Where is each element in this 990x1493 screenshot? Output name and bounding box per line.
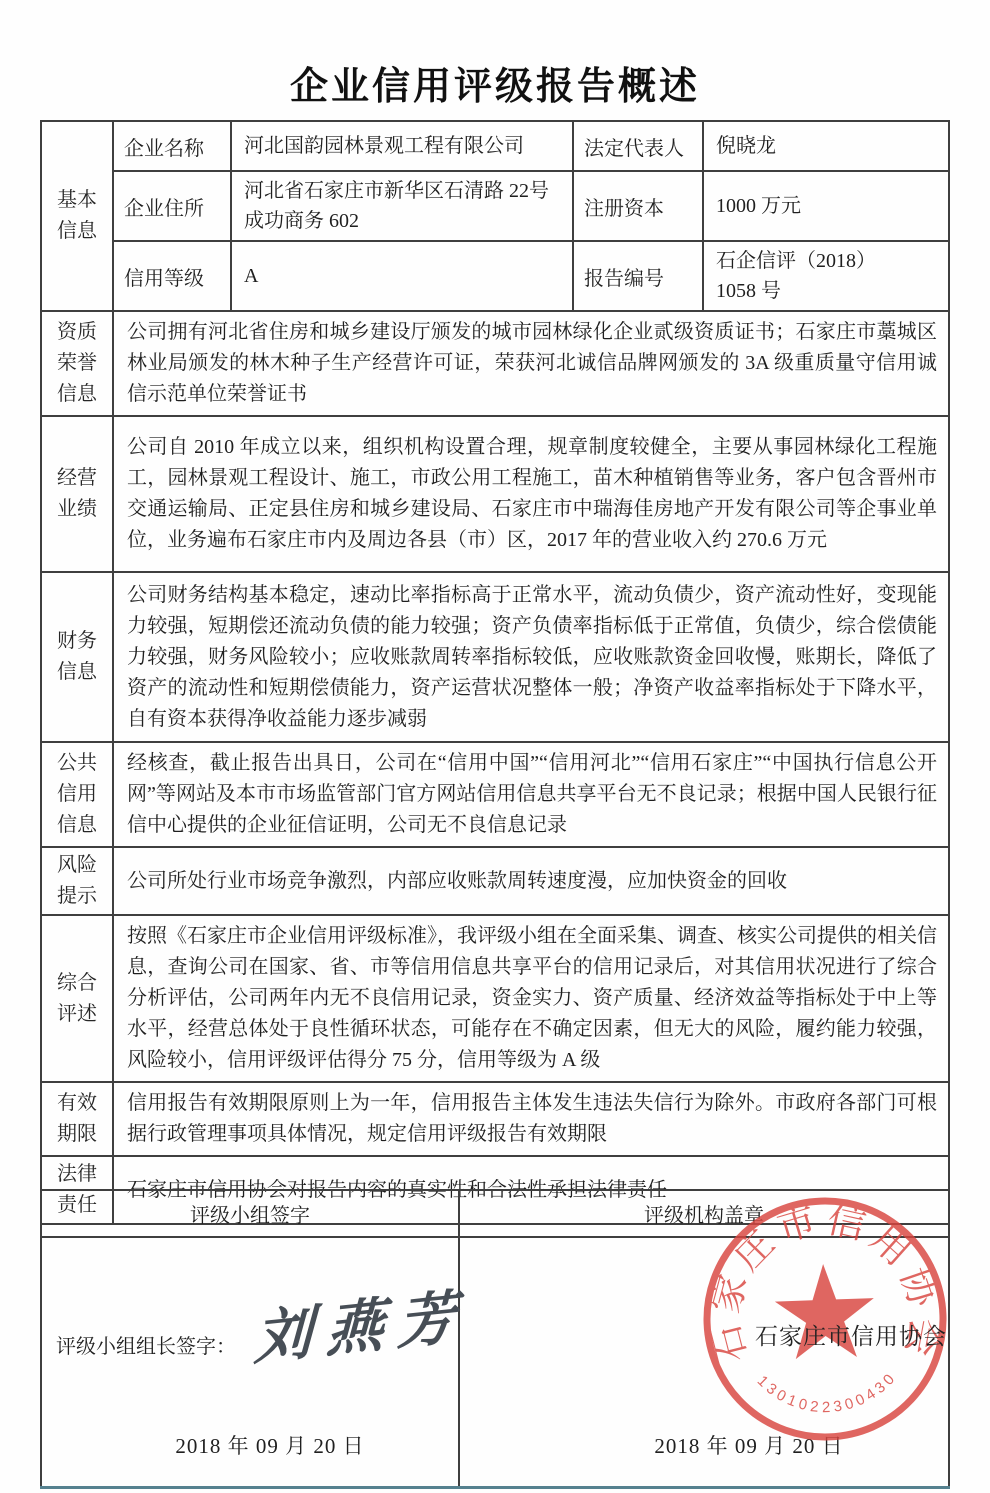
section-label-financial-info: 财务信息: [41, 572, 113, 742]
table-row: 基本信息 企业名称 河北国韵园林景观工程有限公司 法定代表人 倪晓龙: [41, 121, 949, 171]
section-text-public-credit-info: 经核查，截止报告出具日，公司在“信用中国”“信用河北”“信用石家庄”“中国执行信…: [113, 742, 949, 847]
page-title: 企业信用评级报告概述: [0, 55, 990, 110]
stamp-organization-name: 石家庄市信用协会: [755, 1318, 947, 1351]
field-company-name: 企业名称: [113, 121, 231, 171]
section-text-business-performance: 公司自 2010 年成立以来，组织机构设置合理，规章制度较健全，主要从事园林绿化…: [113, 416, 949, 572]
handwritten-signature: 刘燕芳: [253, 1268, 471, 1375]
table-row: 信用等级 A 报告编号 石企信评（2018）1058 号: [41, 241, 949, 311]
field-credit-rating: 信用等级: [113, 241, 231, 311]
table-row: 企业住所 河北省石家庄市新华区石清路 22号成功商务 602 注册资本 1000…: [41, 171, 949, 241]
report-table: 基本信息 企业名称 河北国韵园林景观工程有限公司 法定代表人 倪晓龙 企业住所 …: [40, 120, 950, 1225]
table-row: 评级小组组长签字： 刘燕芳 2018 年 09 月 20 日 石家庄市信用协会 …: [41, 1237, 949, 1487]
team-leader-signature-cell: 评级小组组长签字： 刘燕芳 2018 年 09 月 20 日: [41, 1237, 459, 1487]
value-credit-rating: A: [231, 241, 573, 311]
field-company-address: 企业住所: [113, 171, 231, 241]
value-company-address: 河北省石家庄市新华区石清路 22号成功商务 602: [231, 171, 573, 241]
section-label-validity-period: 有效期限: [41, 1082, 113, 1156]
table-row: 经营业绩 公司自 2010 年成立以来，组织机构设置合理，规章制度较健全，主要从…: [41, 416, 949, 572]
section-label-qualification-honors: 资质荣誉信息: [41, 311, 113, 416]
section-text-risk-warning: 公司所处行业市场竞争激烈，内部应收账款周转速度漫，应加快资金的回收: [113, 847, 949, 915]
table-row: 资质荣誉信息 公司拥有河北省住房和城乡建设厅颁发的城市园林绿化企业贰级资质证书；…: [41, 311, 949, 416]
value-report-number: 石企信评（2018）1058 号: [703, 241, 949, 311]
section-text-validity-period: 信用报告有效期限原则上为一年，信用报告主体发生违法失信行为除外。市政府各部门可根…: [113, 1082, 949, 1156]
section-label-comprehensive-review: 综合评述: [41, 915, 113, 1082]
table-row: 评级小组签字 评级机构盖章: [41, 1190, 949, 1237]
section-label-business-performance: 经营业绩: [41, 416, 113, 572]
table-row: 公共信用信息 经核查，截止报告出具日，公司在“信用中国”“信用河北”“信用石家庄…: [41, 742, 949, 847]
table-row: 风险提示 公司所处行业市场竞争激烈，内部应收账款周转速度漫，应加快资金的回收: [41, 847, 949, 915]
section-text-financial-info: 公司财务结构基本稳定，速动比率指标高于正常水平，流动负债少，资产流动性好，变现能…: [113, 572, 949, 742]
section-label-public-credit-info: 公共信用信息: [41, 742, 113, 847]
agency-stamp-cell: 石家庄市信用协会 2018 年 09 月 20 日: [459, 1237, 949, 1487]
section-label-basic-info: 基本信息: [41, 121, 113, 311]
table-row: 财务信息 公司财务结构基本稳定，速动比率指标高于正常水平，流动负债少，资产流动性…: [41, 572, 949, 742]
signature-date-right: 2018 年 09 月 20 日: [460, 1430, 948, 1460]
team-leader-signature-label: 评级小组组长签字：: [56, 1330, 236, 1359]
section-text-comprehensive-review: 按照《石家庄市企业信用评级标准》，我评级小组在全面采集、调查、核实公司提供的相关…: [113, 915, 949, 1082]
signature-date-left: 2018 年 09 月 20 日: [42, 1430, 458, 1460]
rating-agency-stamp-header: 评级机构盖章: [459, 1190, 949, 1237]
value-registered-capital: 1000 万元: [703, 171, 949, 241]
value-legal-representative: 倪晓龙: [703, 121, 949, 171]
report-page: 企业信用评级报告概述 基本信息 企业名称 河北国韵园林景观工程有限公司 法定代表…: [0, 0, 990, 1493]
section-label-risk-warning: 风险提示: [41, 847, 113, 915]
field-registered-capital: 注册资本: [573, 171, 703, 241]
value-company-name: 河北国韵园林景观工程有限公司: [231, 121, 573, 171]
section-text-qualification-honors: 公司拥有河北省住房和城乡建设厅颁发的城市园林绿化企业贰级资质证书；石家庄市藁城区…: [113, 311, 949, 416]
field-report-number: 报告编号: [573, 241, 703, 311]
signature-table: 评级小组签字 评级机构盖章 评级小组组长签字： 刘燕芳 2018 年 09 月 …: [40, 1189, 950, 1489]
rating-team-signature-header: 评级小组签字: [41, 1190, 459, 1237]
table-row: 有效期限 信用报告有效期限原则上为一年，信用报告主体发生违法失信行为除外。市政府…: [41, 1082, 949, 1156]
field-legal-representative: 法定代表人: [573, 121, 703, 171]
table-row: 综合评述 按照《石家庄市企业信用评级标准》，我评级小组在全面采集、调查、核实公司…: [41, 915, 949, 1082]
